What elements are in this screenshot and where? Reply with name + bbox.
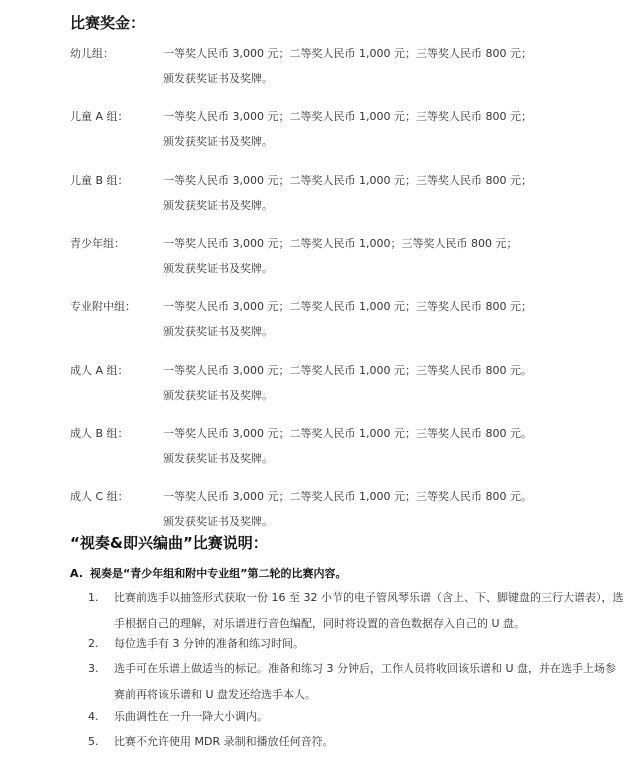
item-number: 5. [88, 729, 99, 755]
subsection-letter: A. [70, 567, 90, 580]
award-note: 颁发获奖证书及奖牌。 [163, 513, 273, 529]
item-text: 选手可在乐谱上做适当的标记。准备和练习 3 分钟后，工作人员将收回该乐谱和 U … [114, 656, 624, 708]
group-label: 成人 C 组： [70, 488, 129, 504]
group-label: 专业附中组： [70, 298, 136, 314]
award-note: 颁发获奖证书及奖牌。 [163, 260, 273, 276]
group-label: 幼儿组： [70, 45, 114, 61]
prize-amounts: 一等奖人民币 3,000 元；二等奖人民币 1,000；三等奖人民币 800 元… [163, 235, 517, 251]
prize-section-title: 比赛奖金： [70, 12, 145, 33]
sight-reading-section-title: “视奏&即兴编曲”比赛说明： [70, 532, 268, 553]
group-label: 儿童 B 组： [70, 172, 129, 188]
item-number: 1. [88, 585, 99, 611]
prize-amounts: 一等奖人民币 3,000 元；二等奖人民币 1,000 元；三等奖人民币 800… [163, 362, 532, 378]
item-text: 乐曲调性在一升一降大小调内。 [114, 704, 624, 730]
group-label: 成人 B 组： [70, 425, 129, 441]
subsection-heading-text: 视奏是“青少年组和附中专业组”第二轮的比赛内容。 [90, 567, 346, 580]
prize-amounts: 一等奖人民币 3,000 元；二等奖人民币 1,000 元；三等奖人民币 800… [163, 488, 532, 504]
prize-amounts: 一等奖人民币 3,000 元；二等奖人民币 1,000 元；三等奖人民币 800… [163, 425, 532, 441]
group-label: 成人 A 组： [70, 362, 129, 378]
group-label: 儿童 A 组： [70, 108, 129, 124]
award-note: 颁发获奖证书及奖牌。 [163, 387, 273, 403]
group-label: 青少年组： [70, 235, 125, 251]
prize-amounts: 一等奖人民币 3,000 元；二等奖人民币 1,000 元；三等奖人民币 800… [163, 45, 532, 61]
item-number: 3. [88, 656, 99, 682]
award-note: 颁发获奖证书及奖牌。 [163, 450, 273, 466]
item-text: 每位选手有 3 分钟的准备和练习时间。 [114, 631, 624, 657]
item-text: 比赛不允许使用 MDR 录制和播放任何音符。 [114, 729, 624, 755]
list-item: 3. 选手可在乐谱上做适当的标记。准备和练习 3 分钟后，工作人员将收回该乐谱和… [88, 656, 618, 708]
item-number: 2. [88, 631, 99, 657]
award-note: 颁发获奖证书及奖牌。 [163, 197, 273, 213]
prize-amounts: 一等奖人民币 3,000 元；二等奖人民币 1,000 元；三等奖人民币 800… [163, 172, 532, 188]
prize-amounts: 一等奖人民币 3,000 元；二等奖人民币 1,000 元；三等奖人民币 800… [163, 298, 532, 314]
item-text: 比赛前选手以抽签形式获取一份 16 至 32 小节的电子管风琴乐谱（含上、下、脚… [114, 585, 624, 637]
award-note: 颁发获奖证书及奖牌。 [163, 133, 273, 149]
item-number: 4. [88, 704, 99, 730]
list-item: 1. 比赛前选手以抽签形式获取一份 16 至 32 小节的电子管风琴乐谱（含上、… [88, 585, 618, 637]
prize-amounts: 一等奖人民币 3,000 元；二等奖人民币 1,000 元；三等奖人民币 800… [163, 108, 532, 124]
subsection-a-heading: A.视奏是“青少年组和附中专业组”第二轮的比赛内容。 [70, 565, 346, 581]
award-note: 颁发获奖证书及奖牌。 [163, 70, 273, 86]
award-note: 颁发获奖证书及奖牌。 [163, 323, 273, 339]
